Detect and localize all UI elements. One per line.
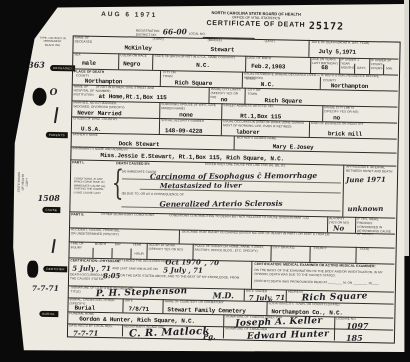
date-of-birth-label: DATE OF BIRTH [247, 57, 271, 61]
injury-at-work-label: INJURY AT WORK (SPECIFY YES OR NO) [149, 244, 191, 253]
margin-stroke [54, 107, 58, 123]
hour-label: HOUR [134, 253, 143, 257]
last-alive-value: 5 July [163, 266, 185, 273]
year-label: YEAR [133, 244, 142, 248]
col-line [223, 314, 224, 326]
race-label: COLOR OR RACE [120, 54, 150, 58]
autopsy-value: No [333, 224, 344, 231]
date-signed-value: 7 July, 71 [249, 294, 285, 301]
hospital-label: NAME OF HOSPITAL OF INSTITUTION [74, 85, 95, 97]
margin-mark-1508: 1508 [38, 194, 60, 202]
microfilm-scan: AUG 6 1971 NORTH CAROLINA STATE BOARD OF… [0, 0, 410, 362]
film-edge-sliver [404, 0, 409, 256]
days-label: DAYS [357, 67, 365, 71]
residence-city-label: CITY OR TOWN [248, 89, 261, 97]
ink-blot [32, 88, 46, 106]
injury-county-label: COUNTY [314, 247, 327, 251]
last-name-label: (LAST) [265, 40, 275, 44]
min-label: MIN. [386, 67, 393, 71]
certifier-degree: M.D. [213, 291, 234, 299]
state-of-birth-value: N.C. [196, 63, 210, 69]
certificate-content: AUG 6 1971 NORTH CAROLINA STATE BOARD OF… [7, 0, 410, 356]
margin-mark-363: 363 [28, 61, 45, 69]
date-of-death-value: July 5,1971 [318, 49, 356, 56]
last-alive-year: , 71 [188, 267, 203, 274]
sex-value: male [82, 61, 96, 67]
tab-certifier: CERTIFIER [43, 266, 68, 272]
interval-b-value: unknown [347, 205, 383, 212]
first-name-label: (FIRST) [153, 38, 164, 42]
tab-cause: CAUSE [42, 207, 60, 213]
registration-district-number: 66-00 [163, 28, 187, 36]
interval-header-label: APPROXIMATE INTERVAL BETWEEN ONSET AND D… [346, 166, 394, 175]
col-line [111, 248, 112, 258]
place-of-injury-label: PLACE OF INJURY (AT HOME, FARM, STREET, … [195, 245, 269, 254]
father-name-label: FATHER'S NAME [73, 133, 98, 137]
residence-county-value: Northampton [331, 83, 369, 90]
interval-a-value: June 1971 [346, 176, 386, 183]
ssn-value: 148-09-4228 [165, 128, 203, 135]
brace-glyph: { [112, 166, 125, 200]
last-name-value: Stewart [210, 47, 234, 53]
registrar-signature-suffix: Pg. [203, 333, 216, 340]
conditions-note: CONDITIONS, IF ANY, WHICH GAVE RISE TO I… [74, 177, 114, 195]
hospital-value: at Home,Rt.1,Box 115 [98, 94, 166, 101]
injury-state-label: STATE [360, 248, 370, 252]
death-hour-value: 8:05 [103, 272, 120, 279]
margin-mark-o: O [50, 89, 58, 98]
name-of-deceased-label: NAME OF DECEASED [75, 36, 93, 44]
residence-state-value: N.C. [261, 82, 275, 88]
time-of-injury-label: TIME OF INJURY [71, 242, 84, 250]
industry-value: brick mill [328, 131, 362, 138]
margin-stroke-2 [52, 239, 56, 253]
months-label: MONTHS [341, 67, 355, 71]
ink-blot-2 [27, 261, 38, 278]
death-city-value: Rich Square [175, 80, 213, 87]
inside-city-limits-2-label: INSIDE CITY LIMITS (SPECIFY YES OR NO) [324, 106, 364, 114]
col-line [130, 249, 131, 259]
cause-line-a2: Metastasized to liver [160, 182, 242, 190]
age-value: 68 [321, 65, 328, 71]
tab-burial: BURIAL [39, 311, 58, 317]
attended-from-year: , 70 [204, 259, 219, 266]
col-line [334, 328, 335, 340]
margin-date-received: 7-7-71 [32, 285, 59, 293]
disposition-date-label: DATE [125, 299, 133, 303]
mother-name-value: Mary E.Josey [273, 144, 314, 151]
date-of-birth-value: Feb.2,1903 [251, 64, 285, 71]
hours-label: HOURS [371, 67, 383, 71]
disposition-date-value: 7/8/71 [128, 306, 149, 312]
race-value: Negro [123, 61, 140, 67]
certificate-number: 25172 [309, 21, 344, 33]
death-city-label: CITY OR TOWN [163, 71, 176, 79]
surviving-spouse-label: SURVIVING SPOUSE (IF WIFE, GIVE MAIDEN N… [161, 103, 219, 112]
tab-parents: PARENTS [46, 132, 68, 138]
received-date-stamp: AUG 6 1971 [101, 11, 157, 19]
injury-city-label: CITY OR R.F.D. [273, 246, 296, 250]
first-name-value: McKinley [124, 45, 151, 52]
certificate-sheet: AUG 6 1971 NORTH CAROLINA STATE BOARD OF… [10, 4, 406, 352]
part2-label: PART II. [71, 212, 84, 217]
month-label: MONTH [95, 243, 107, 247]
part1-label: PART I. [72, 160, 84, 164]
attended-to-value: 5 July [72, 265, 94, 272]
director-license-value: 1097 [346, 322, 368, 330]
col-line [92, 248, 93, 258]
middle-name-label: (MIDDLE) [208, 39, 222, 43]
date-received-value: 7-7-71 [73, 330, 98, 337]
mother-name-label: MOTHER'S MAIDEN NAME [237, 137, 277, 142]
print-instruction-note: TYPE, OR PRINT IN PERMANENT BLACK INK [38, 37, 66, 48]
day-label: DAY [115, 243, 121, 247]
sex-label: SEX [74, 53, 80, 57]
residence-state-label: STATE [246, 78, 256, 82]
embalmer-license-value: 185 [346, 334, 363, 342]
copy-designation-note: STATE BOARD OF HEALTH COPY [18, 172, 30, 193]
